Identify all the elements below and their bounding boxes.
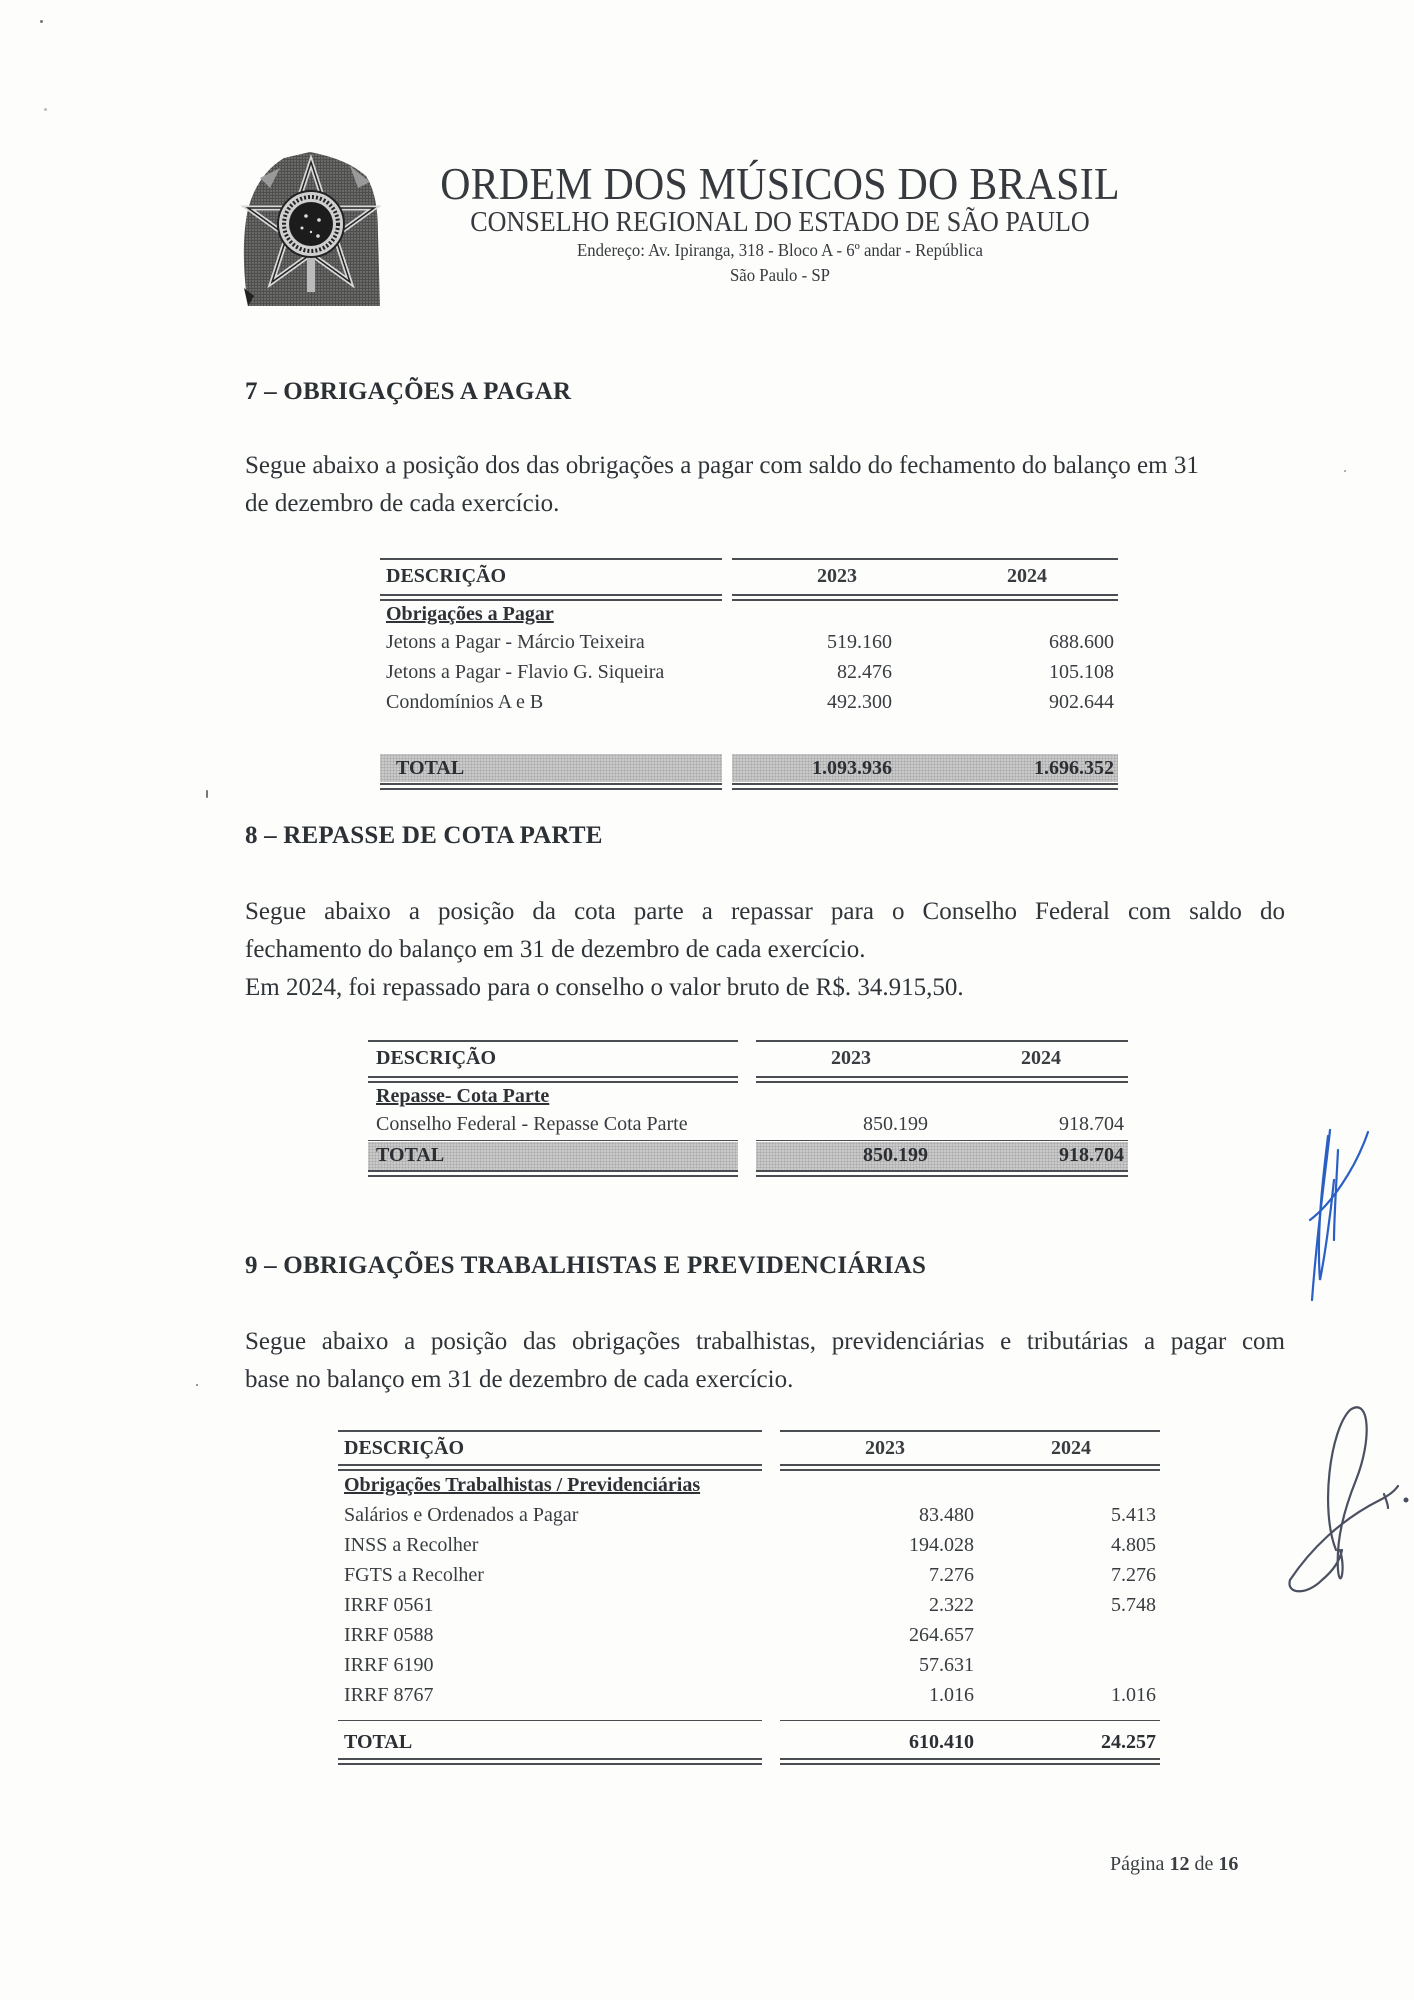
total-label: TOTAL	[396, 754, 722, 782]
value-2023: 194.028	[909, 1531, 974, 1559]
section8-paragraph: Segue abaixo a posição da cota parte a r…	[245, 893, 1285, 1007]
value-2023: 1.016	[929, 1681, 974, 1709]
paragraph-line: fechamento do balanço em 31 de dezembro …	[245, 931, 1285, 969]
page-number: Página 12 de 16	[1110, 1853, 1238, 1876]
page-prefix: Página	[1110, 1853, 1164, 1875]
section-title-obrigacoes-a-pagar: 7 – OBRIGAÇÕES A PAGAR	[245, 378, 571, 406]
org-city: São Paulo - SP	[408, 265, 1152, 286]
column-header-2023: 2023	[806, 1044, 896, 1072]
table-row-desc: Jetons a Pagar - Flavio G. Siqueira	[386, 658, 722, 686]
total-label: TOTAL	[376, 1141, 738, 1169]
total-2023: 1.093.936	[812, 754, 892, 782]
value-2023: 82.476	[837, 658, 892, 686]
column-header-2023: 2023	[840, 1434, 930, 1462]
table-row-desc: IRRF 0561	[344, 1591, 762, 1619]
value-2023: 7.276	[929, 1561, 974, 1589]
value-2024: 5.748	[1111, 1591, 1156, 1619]
total-2023: 610.410	[909, 1728, 974, 1756]
column-header-2024: 2024	[1026, 1434, 1116, 1462]
scan-speck	[196, 1384, 198, 1386]
column-header-2024: 2024	[996, 1044, 1086, 1072]
group-label: Obrigações a Pagar	[386, 600, 722, 628]
org-subtitle: CONSELHO REGIONAL DO ESTADO DE SÃO PAULO	[408, 207, 1152, 239]
value-2024: 5.413	[1111, 1501, 1156, 1529]
section-title-repasse-cota-parte: 8 – REPASSE DE COTA PARTE	[245, 822, 603, 850]
value-2023: 492.300	[827, 688, 892, 716]
value-2023: 850.199	[863, 1110, 928, 1138]
value-2023: 264.657	[909, 1621, 974, 1649]
value-2024: 902.644	[1049, 688, 1114, 716]
value-2024: 688.600	[1049, 628, 1114, 656]
table-row-desc: Conselho Federal - Repasse Cota Parte	[376, 1110, 738, 1138]
blue-signature-icon	[1290, 1110, 1380, 1315]
value-2024: 4.805	[1111, 1531, 1156, 1559]
paragraph-line: Segue abaixo a posição das obrigações tr…	[245, 1323, 1285, 1361]
group-label: Obrigações Trabalhistas / Previdenciária…	[344, 1471, 762, 1499]
value-2023: 83.480	[919, 1501, 974, 1529]
section7-paragraph: Segue abaixo a posição dos das obrigaçõe…	[245, 447, 1285, 523]
table-row-desc: INSS a Recolher	[344, 1531, 762, 1559]
paragraph-line: Em 2024, foi repassado para o conselho o…	[245, 969, 1285, 1007]
page-separator: de	[1194, 1853, 1213, 1875]
value-2024: 1.016	[1111, 1681, 1156, 1709]
group-label: Repasse- Cota Parte	[376, 1082, 738, 1110]
column-header-2024: 2024	[982, 562, 1072, 590]
table-row-desc: Jetons a Pagar - Márcio Teixeira	[386, 628, 722, 656]
paragraph-line: Segue abaixo a posição dos das obrigaçõe…	[245, 447, 1285, 485]
value-2023: 2.322	[929, 1591, 974, 1619]
table-row-desc: IRRF 0588	[344, 1621, 762, 1649]
paragraph-line: base no balanço em 31 de dezembro de cad…	[245, 1361, 1285, 1399]
column-header-descricao: DESCRIÇÃO	[386, 562, 722, 590]
paragraph-line: Segue abaixo a posição da cota parte a r…	[245, 893, 1285, 931]
value-2023: 57.631	[919, 1651, 974, 1679]
section9-paragraph: Segue abaixo a posição das obrigações tr…	[245, 1323, 1285, 1399]
value-2024: 7.276	[1111, 1561, 1156, 1589]
scan-speck	[1344, 470, 1346, 472]
page-current: 12	[1169, 1853, 1189, 1875]
page-total: 16	[1218, 1853, 1238, 1875]
brazil-coat-of-arms-icon	[240, 148, 382, 308]
gray-signature-icon	[1280, 1400, 1414, 1605]
table-row-desc: Condomínios A e B	[386, 688, 722, 716]
total-2024: 918.704	[1059, 1141, 1124, 1169]
column-header-descricao: DESCRIÇÃO	[344, 1434, 762, 1462]
column-header-2023: 2023	[792, 562, 882, 590]
table-row-desc: IRRF 8767	[344, 1681, 762, 1709]
scan-speck	[40, 20, 43, 23]
table-obrigacoes-a-pagar: DESCRIÇÃO Obrigações a Pagar Jetons a Pa…	[380, 558, 1118, 798]
table-row-desc: Salários e Ordenados a Pagar	[344, 1501, 762, 1529]
scan-speck	[44, 108, 47, 111]
scan-speck	[206, 790, 208, 798]
total-2024: 1.696.352	[1034, 754, 1114, 782]
total-2023: 850.199	[863, 1141, 928, 1169]
table-row-desc: FGTS a Recolher	[344, 1561, 762, 1589]
value-2024: 918.704	[1059, 1110, 1124, 1138]
table-repasse-cota-parte: DESCRIÇÃO Repasse- Cota Parte Conselho F…	[368, 1040, 1128, 1180]
table-row-desc: IRRF 6190	[344, 1651, 762, 1679]
org-name: ORDEM DOS MÚSICOS DO BRASIL	[408, 158, 1152, 210]
column-header-descricao: DESCRIÇÃO	[376, 1044, 738, 1072]
value-2023: 519.160	[827, 628, 892, 656]
table-obrigacoes-trabalhistas: DESCRIÇÃO Obrigações Trabalhistas / Prev…	[338, 1430, 1160, 1770]
paragraph-line: de dezembro de cada exercício.	[245, 485, 1285, 523]
total-label: TOTAL	[344, 1728, 762, 1756]
org-address: Endereço: Av. Ipiranga, 318 - Bloco A - …	[408, 240, 1152, 261]
total-2024: 24.257	[1101, 1728, 1156, 1756]
section-title-obrigacoes-trabalhistas: 9 – OBRIGAÇÕES TRABALHISTAS E PREVIDENCI…	[245, 1252, 926, 1280]
value-2024: 105.108	[1049, 658, 1114, 686]
